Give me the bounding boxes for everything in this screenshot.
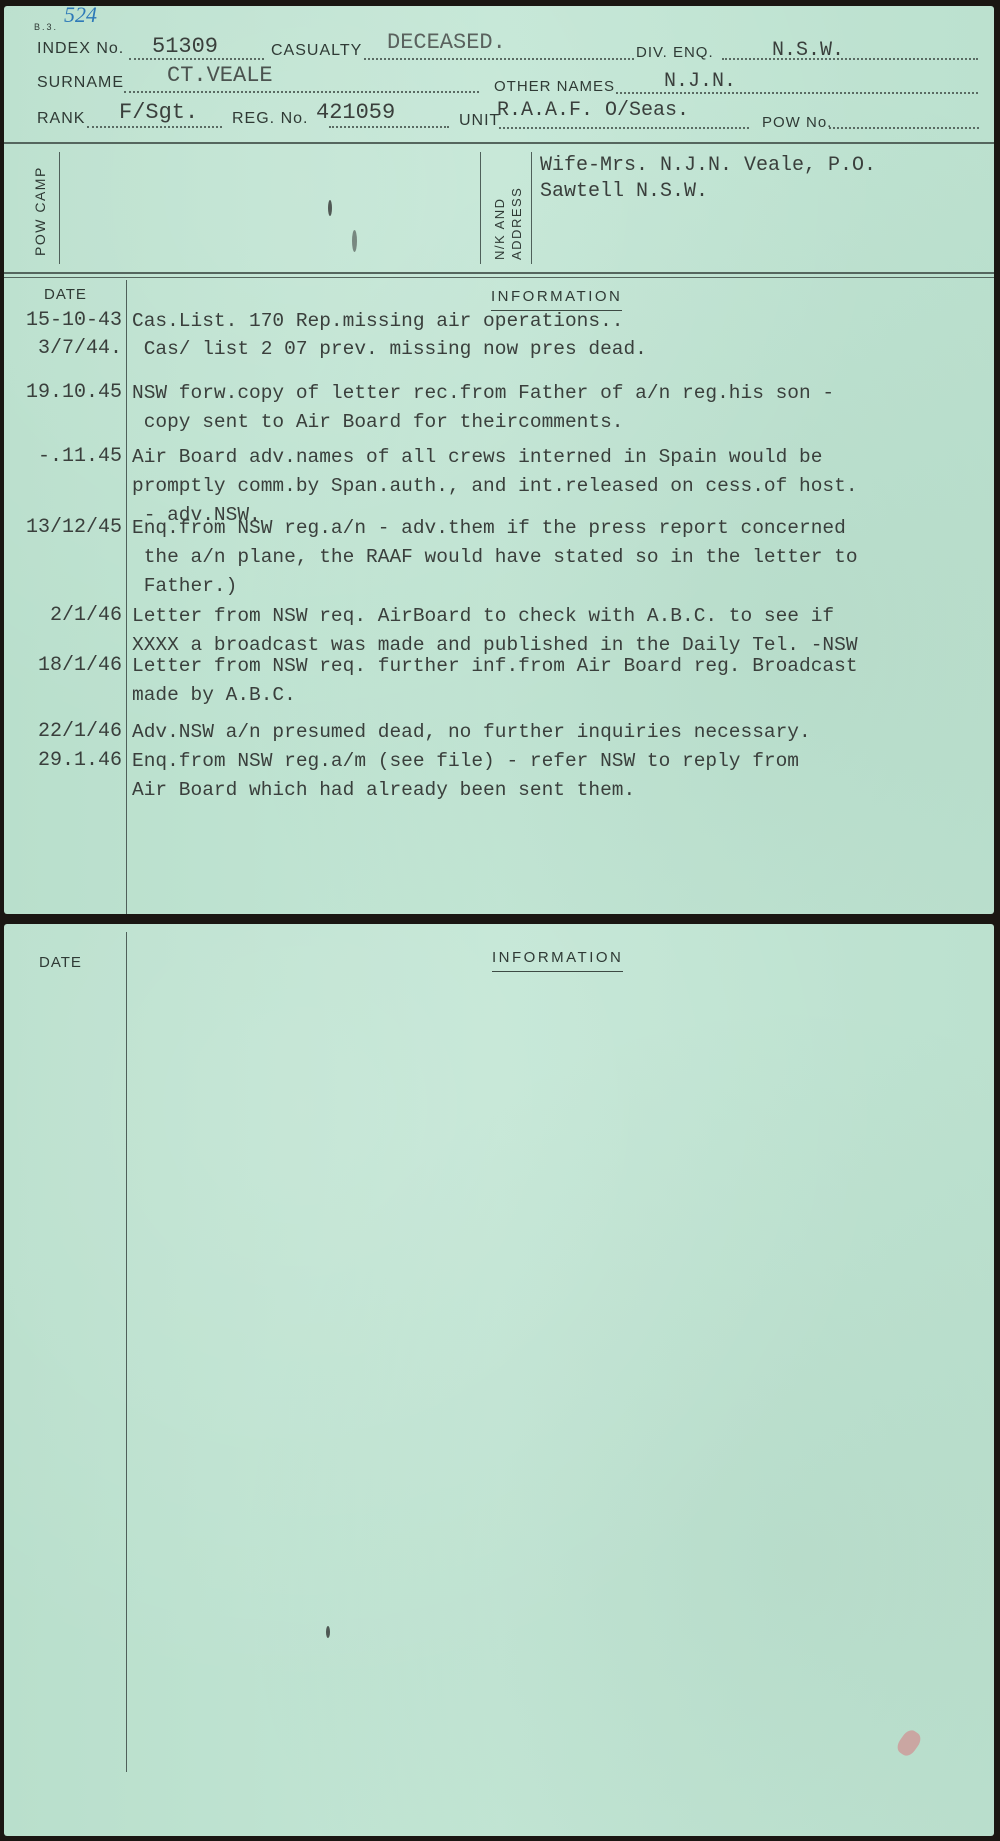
casualty-value: DECEASED. <box>387 30 506 55</box>
entry-date: 3/7/44. <box>4 337 122 360</box>
unit-label: UNIT <box>459 112 500 130</box>
surname-label: SURNAME <box>37 74 124 92</box>
surname-line <box>124 91 479 93</box>
entry-text: Father.) <box>132 572 237 600</box>
ink-smudge <box>328 200 332 216</box>
entry-text: Air Board adv.names of all crews interne… <box>132 443 822 471</box>
entry-text: Letter from NSW req. AirBoard to check w… <box>132 602 834 630</box>
entry-date: 13/12/45 <box>4 516 122 539</box>
nk-right-divider <box>531 152 532 264</box>
entry-text: the a/n plane, the RAAF would have state… <box>132 543 858 571</box>
nk-address-line: Sawtell N.S.W. <box>540 180 708 203</box>
index-no-label: INDEX No. <box>37 40 124 58</box>
information-header: INFORMATION <box>492 949 623 966</box>
surname-value: CT.VEALE <box>167 63 273 88</box>
date-header: DATE <box>44 286 87 303</box>
other-names-label: OTHER NAMES <box>494 78 615 95</box>
casualty-line <box>364 58 634 60</box>
nk-label-line2: ADDRESS <box>509 187 524 260</box>
nk-address-line: Wife-Mrs. N.J.N. Veale, P.O. <box>540 154 876 177</box>
casualty-label: CASUALTY <box>271 42 362 60</box>
date-header: DATE <box>39 954 82 971</box>
pen-annotation: 524 <box>64 2 97 28</box>
div-enq-value: N.S.W. <box>772 39 844 62</box>
pow-camp-divider <box>59 152 60 264</box>
entry-text: made by A.B.C. <box>132 681 296 709</box>
ink-smudge <box>352 230 357 252</box>
information-header: INFORMATION <box>491 288 622 305</box>
entry-date: 18/1/46 <box>4 654 122 677</box>
entry-text: Letter from NSW req. further inf.from Ai… <box>132 652 858 680</box>
entry-text: Cas/ list 2 07 prev. missing now pres de… <box>132 335 647 363</box>
date-column-divider <box>126 932 127 1772</box>
header-divider <box>4 142 994 144</box>
rank-label: RANK <box>37 110 85 128</box>
div-enq-label: DIV. ENQ. <box>636 44 714 61</box>
entry-date: 15-10-43 <box>4 309 122 332</box>
nk-label-line1: N/K AND <box>492 197 507 260</box>
form-code: B.3. <box>34 22 58 32</box>
index-no-value: 51309 <box>152 34 218 59</box>
reg-no-line <box>329 126 449 128</box>
other-names-value: N.J.N. <box>664 70 736 93</box>
entry-date: 22/1/46 <box>4 720 122 743</box>
entry-text: Adv.NSW a/n presumed dead, no further in… <box>132 718 811 746</box>
nk-left-divider <box>480 152 481 264</box>
entry-text: copy sent to Air Board for theircomments… <box>132 408 623 436</box>
entry-text: Air Board which had already been sent th… <box>132 776 635 804</box>
card-back: DATE INFORMATION <box>4 924 994 1836</box>
table-divider-bottom <box>4 277 994 278</box>
reg-no-label: REG. No. <box>232 110 308 128</box>
card-front: B.3. 524 INDEX No. 51309 CASUALTY DECEAS… <box>4 6 994 914</box>
rank-value: F/Sgt. <box>119 100 198 125</box>
reg-no-value: 421059 <box>316 100 395 125</box>
unit-value: R.A.A.F. O/Seas. <box>497 99 689 122</box>
entry-date: 2/1/46 <box>4 604 122 627</box>
div-enq-line <box>722 58 978 60</box>
entry-text: Enq.from NSW reg.a/m (see file) - refer … <box>132 747 799 775</box>
pow-no-line <box>829 127 979 129</box>
entry-text: Cas.List. 170 Rep.missing air operations… <box>132 307 623 335</box>
rank-line <box>87 126 222 128</box>
red-stain <box>894 1727 924 1759</box>
entry-date: 19.10.45 <box>4 381 122 404</box>
table-divider-top <box>4 272 994 274</box>
entry-date: -.11.45 <box>4 445 122 468</box>
unit-line <box>499 127 749 129</box>
entry-text: NSW forw.copy of letter rec.from Father … <box>132 379 834 407</box>
entry-text: promptly comm.by Span.auth., and int.rel… <box>132 472 858 500</box>
entry-text: Enq.from NSW reg.a/n - adv.them if the p… <box>132 514 846 542</box>
entry-date: 29.1.46 <box>4 749 122 772</box>
pow-camp-label: POW CAMP <box>32 166 48 256</box>
date-column-divider <box>126 280 127 914</box>
pow-no-label: POW No. <box>762 114 832 131</box>
ink-smudge <box>326 1626 330 1638</box>
